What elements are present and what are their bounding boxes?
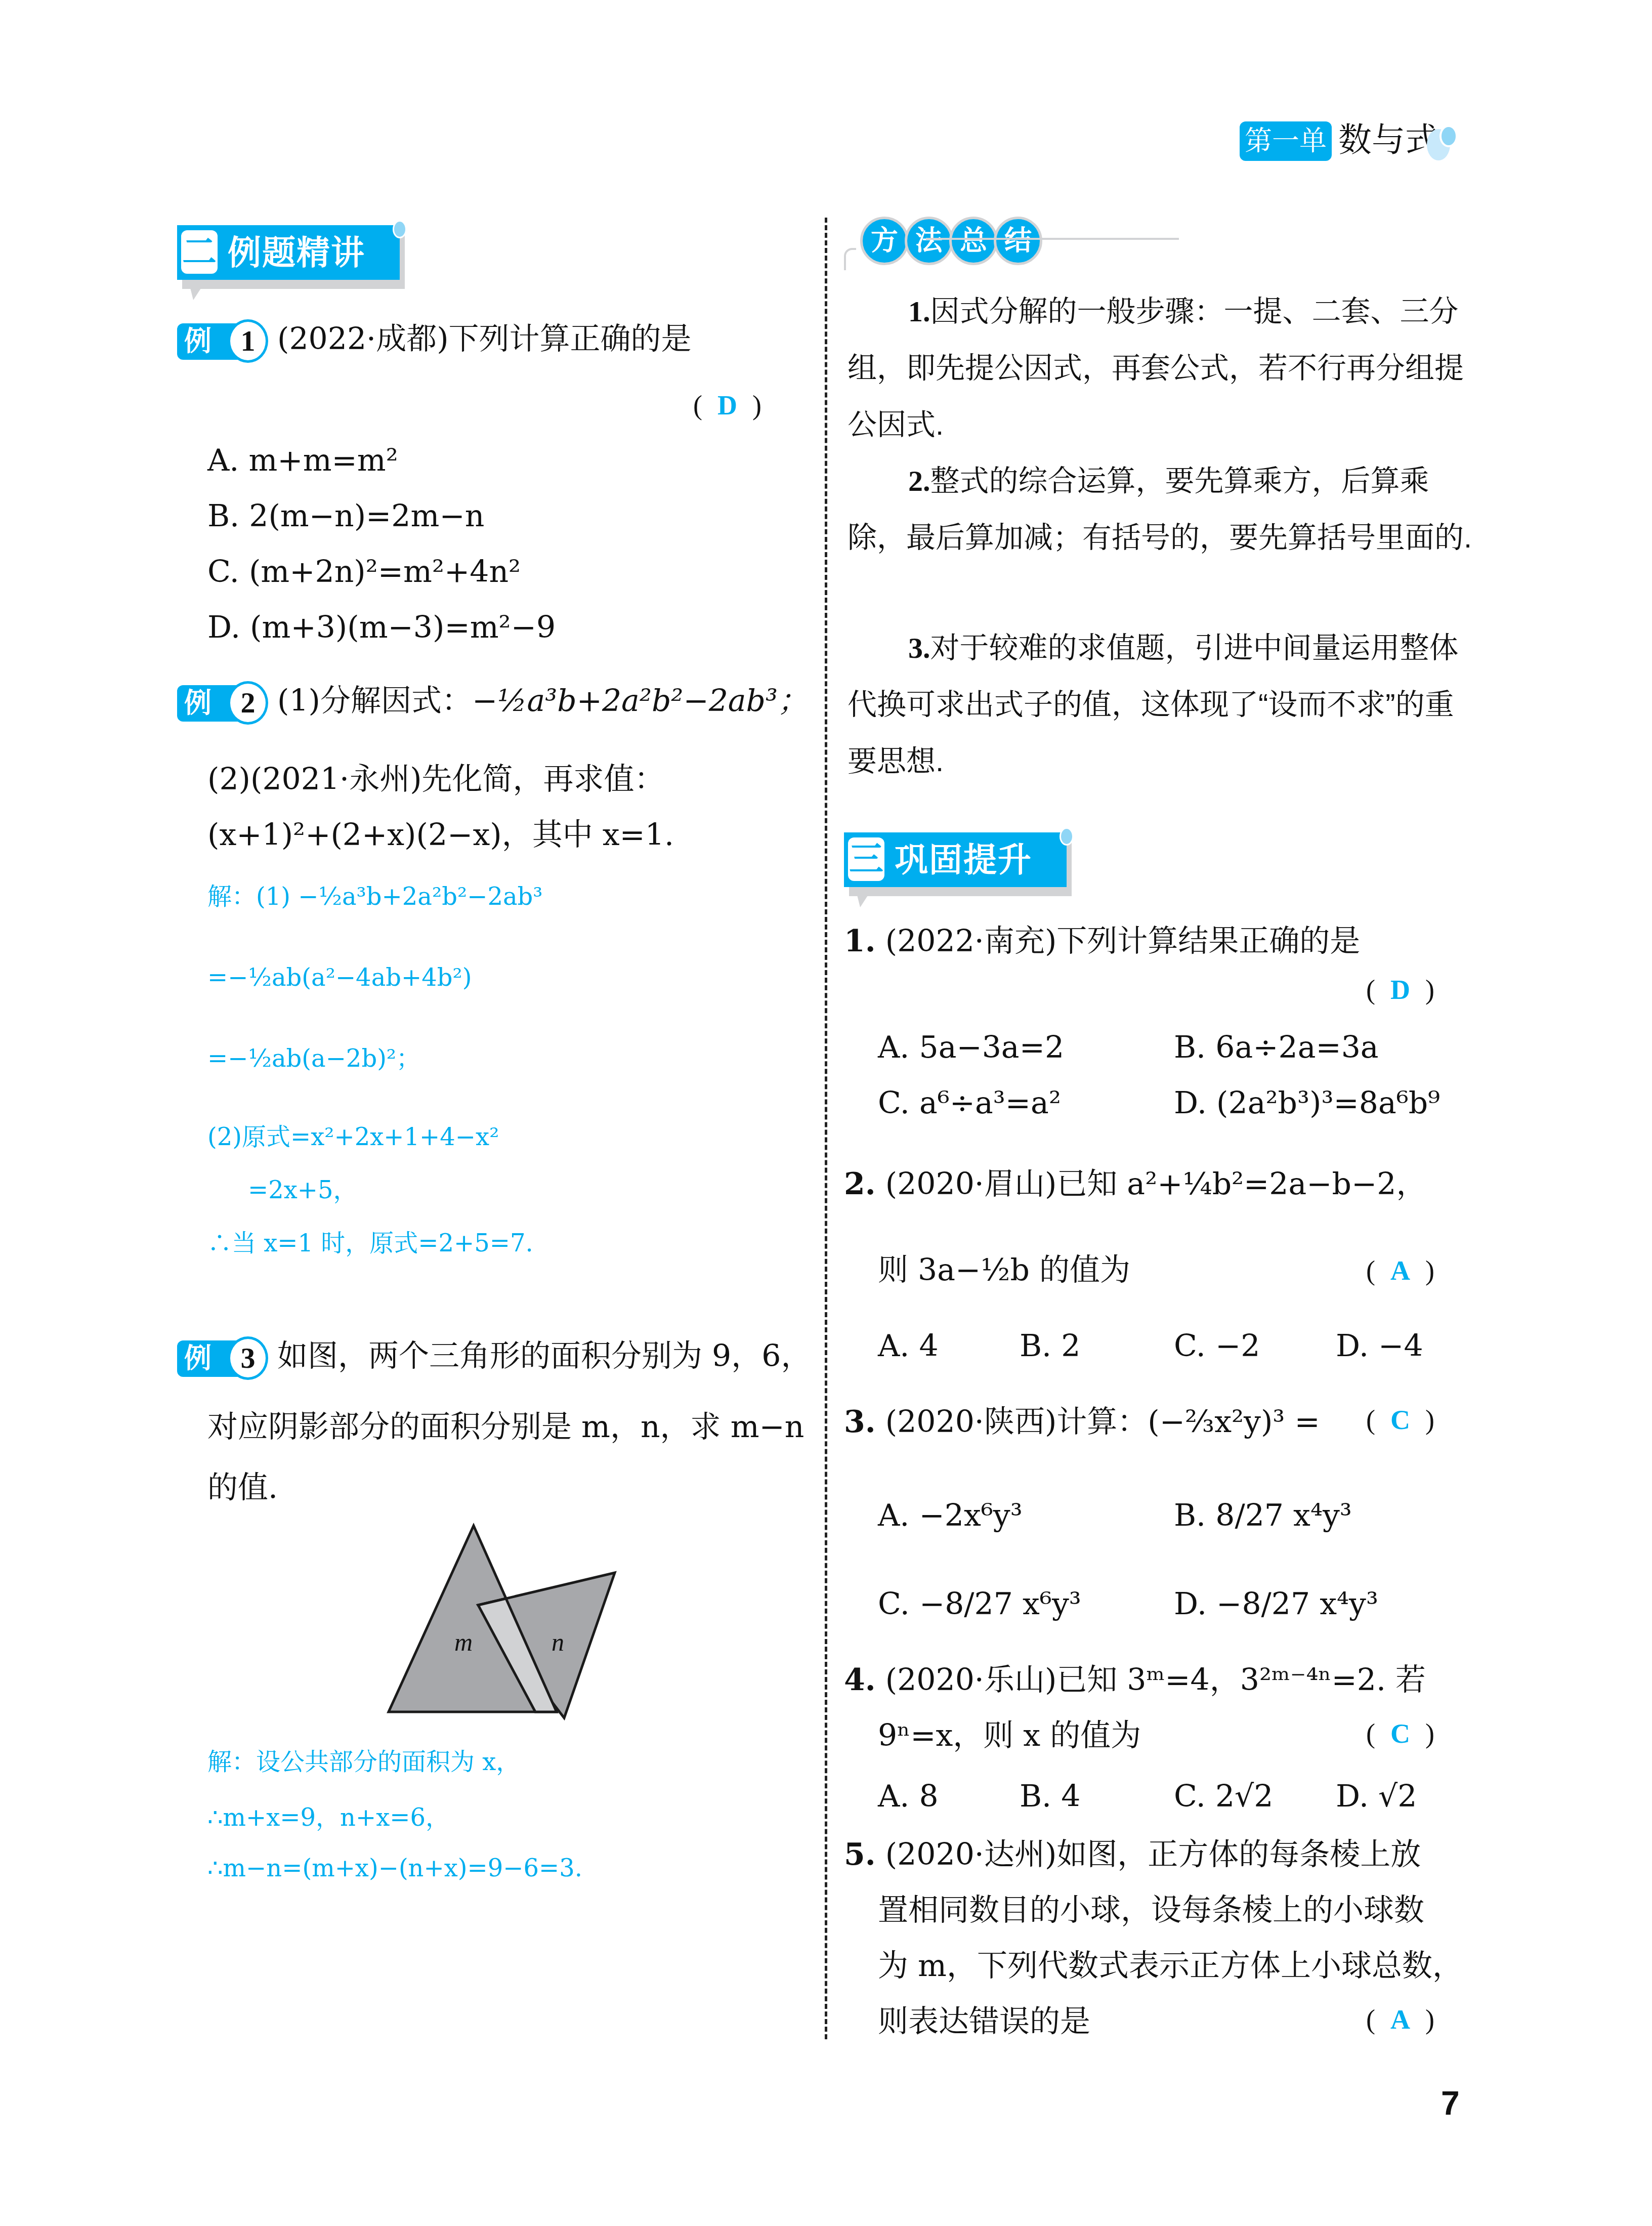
example-badge: 例3 bbox=[177, 1336, 273, 1380]
example-2-expression: (x+1)²+(2+x)(2−x)，其中 x=1. bbox=[207, 815, 674, 855]
solution-line: 解：设公共部分的面积为 x， bbox=[207, 1746, 520, 1778]
bubble-decoration-icon bbox=[1439, 125, 1458, 147]
option-c: C. a⁶÷a³=a² bbox=[878, 1083, 1061, 1123]
example-3-line: 的值. bbox=[207, 1467, 278, 1508]
unit-badge: 第一单元 bbox=[1240, 121, 1332, 161]
answer-bracket: (D) bbox=[1366, 974, 1434, 1005]
option-a: A. 5a−3a=2 bbox=[878, 1027, 1064, 1068]
answer-bracket: (A) bbox=[1366, 1255, 1434, 1286]
answer-letter: D bbox=[717, 390, 737, 421]
question-4: 4. (2020·乐山)已知 3ᵐ=4，3²ᵐ⁻⁴ⁿ=2. 若 bbox=[844, 1660, 1426, 1700]
example-badge: 例1 bbox=[177, 319, 273, 363]
example-badge: 例2 bbox=[177, 681, 273, 725]
question-2: 2. (2020·眉山)已知 a²+¼b²=2a−b−2， bbox=[844, 1164, 1426, 1204]
option-c: C. (m+2n)²=m²+4n² bbox=[207, 552, 521, 592]
section-number: 三 bbox=[848, 837, 884, 881]
solution-line: (2)原式=x²+2x+1+4−x² bbox=[207, 1121, 499, 1153]
answer-bracket: (D) bbox=[693, 390, 761, 421]
unit-title: 数与式 bbox=[1338, 120, 1438, 161]
section-number: 二 bbox=[181, 230, 218, 274]
section-title: 巩固提升 bbox=[895, 832, 1032, 887]
column-divider bbox=[825, 218, 827, 2039]
option-a: A. −2x⁶y³ bbox=[878, 1495, 1023, 1536]
option-b: B. 2 bbox=[1020, 1326, 1080, 1366]
option-a: A. 8 bbox=[878, 1776, 939, 1817]
option-a: A. m+m=m² bbox=[207, 440, 398, 481]
option-d: D. (m+3)(m−3)=m²−9 bbox=[207, 607, 556, 648]
option-c: C. −2 bbox=[1174, 1326, 1260, 1366]
answer-bracket: (C) bbox=[1366, 1404, 1434, 1436]
option-c: C. 2√2 bbox=[1174, 1776, 1274, 1817]
option-c: C. −8/27 x⁶y³ bbox=[878, 1584, 1081, 1624]
option-b: B. 6a÷2a=3a bbox=[1174, 1027, 1379, 1068]
section-title: 例题精讲 bbox=[228, 225, 365, 280]
example-2-question: 例2 (1)分解因式：−½a³b+2a²b²−2ab³； bbox=[177, 681, 808, 725]
option-d: D. (2a²b³)³=8a⁶b⁹ bbox=[1174, 1083, 1440, 1123]
example-2-part2: (2)(2021·永州)先化简，再求值： bbox=[207, 759, 665, 800]
header-rule bbox=[926, 238, 1179, 240]
example-3-line: 对应阴影部分的面积分别是 m，n，求 m−n bbox=[207, 1407, 804, 1447]
option-d: D. −8/27 x⁴y³ bbox=[1174, 1584, 1378, 1624]
question-5: 5. (2020·达州)如图，正方体的每条棱上放 bbox=[844, 1834, 1421, 1875]
section-header-consolidation: 三 巩固提升 bbox=[844, 832, 1067, 887]
section-header-examples: 二 例题精讲 bbox=[177, 225, 400, 280]
method-paragraph-1: 1.因式分解的一般步骤：一提、二套、三分组，即先提公因式，再套公式，若不行再分组… bbox=[848, 283, 1480, 453]
label-n: n bbox=[552, 1628, 564, 1656]
option-d: D. √2 bbox=[1336, 1776, 1417, 1817]
option-d: D. −4 bbox=[1336, 1326, 1423, 1366]
example-1-question: 例1 (2022·成都)下列计算正确的是 bbox=[177, 319, 692, 363]
method-summary-header: 方法总结 bbox=[860, 217, 1038, 265]
solution-line: ∴m+x=9，n+x=6， bbox=[207, 1801, 450, 1834]
answer-bracket: (C) bbox=[1366, 1718, 1434, 1749]
question-5-line: 置相同数目的小球，设每条棱上的小球数 bbox=[878, 1890, 1424, 1930]
method-paragraph-2: 2.整式的综合运算，要先算乘方，后算乘除，最后算加减；有括号的，要先算括号里面的… bbox=[848, 453, 1480, 566]
solution-line: 解：(1) −½a³b+2a²b²−2ab³ bbox=[207, 880, 543, 913]
question-2-line2: 则 3a−½b 的值为 bbox=[878, 1250, 1130, 1290]
solution-line: =−½ab(a−2b)²； bbox=[207, 1042, 420, 1075]
option-a: A. 4 bbox=[878, 1326, 939, 1366]
solution-line: ∴当 x=1 时，原式=2+5=7. bbox=[207, 1227, 533, 1259]
option-b: B. 8/27 x⁴y³ bbox=[1174, 1495, 1352, 1536]
answer-bracket: (A) bbox=[1366, 2004, 1434, 2035]
option-b: B. 2(m−n)=2m−n bbox=[207, 496, 484, 536]
question-3: 3. (2020·陕西)计算：(−⅔x²y)³ = bbox=[844, 1402, 1320, 1442]
method-paragraph-3: 3.对于较难的求值题，引进中间量运用整体代换可求出式子的值，这体现了“设而不求”… bbox=[848, 620, 1480, 790]
question-5-line: 为 m，下列代数式表示正方体上小球总数， bbox=[878, 1946, 1463, 1986]
example-3-question: 例3 如图，两个三角形的面积分别为 9，6， bbox=[177, 1336, 811, 1380]
question-4-line2: 9ⁿ=x，则 x 的值为 bbox=[878, 1715, 1141, 1756]
option-b: B. 4 bbox=[1020, 1776, 1080, 1817]
solution-line: =−½ab(a²−4ab+4b²) bbox=[207, 961, 472, 994]
page-number: 7 bbox=[1441, 2084, 1460, 2122]
solution-line: ∴m−n=(m+x)−(n+x)=9−6=3. bbox=[207, 1852, 582, 1884]
question-1: 1. (2022·南充)下列计算结果正确的是 bbox=[844, 921, 1360, 961]
overlapping-triangles-figure: m n bbox=[354, 1493, 658, 1720]
label-m: m bbox=[454, 1628, 473, 1656]
question-5-line: 则表达错误的是 bbox=[878, 2001, 1090, 2042]
solution-line: =2x+5， bbox=[248, 1174, 358, 1206]
